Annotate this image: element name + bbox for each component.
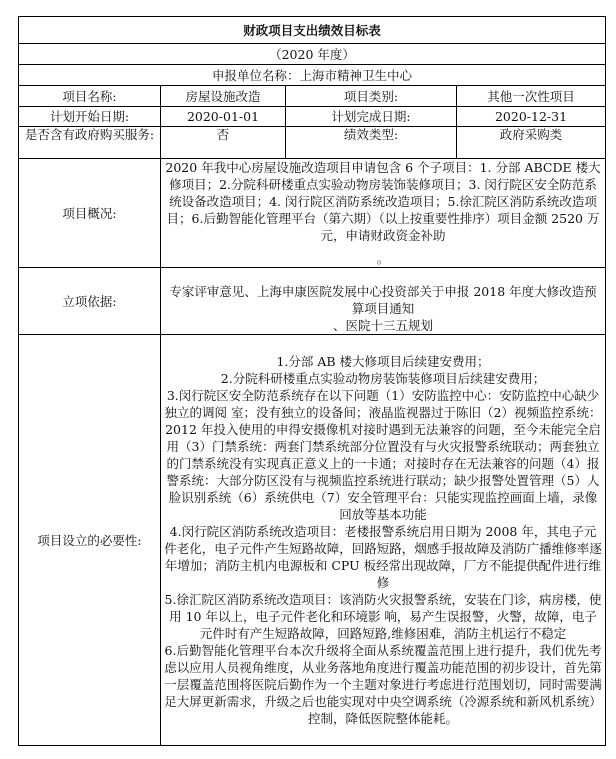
overview-body: 2020 年我中心房屋设施改造项目申请包含 6 个子项目：1. 分部 ABCDE…: [164, 159, 602, 244]
necessity-item-1: 1.分部 AB 楼大修项目后续建安费用；: [164, 353, 602, 370]
necessity-text: 1.分部 AB 楼大修项目后续建安费用； 2.分院科研楼重点实验动物房装饰装修项…: [161, 335, 606, 746]
basis-label: 立项依据:: [19, 268, 161, 335]
gov-purchase-value: 否: [161, 127, 286, 159]
project-name-value: 房屋设施改造: [161, 86, 286, 107]
overview-text: 2020 年我中心房屋设施改造项目申请包含 6 个子项目：1. 分部 ABCDE…: [161, 159, 606, 268]
fiscal-year: （2020 年度）: [19, 44, 606, 65]
perf-type-label: 绩效类型:: [286, 127, 457, 159]
start-date-label: 计划开始日期:: [19, 107, 161, 127]
overview-label: 项目概况:: [19, 159, 161, 268]
necessity-item-5: 5.徐汇院区消防系统改造项目：该消防火灾报警系统，安装在门诊，病房楼，使用 10…: [164, 591, 602, 642]
gov-purchase-label: 是否含有政府购买服务:: [19, 127, 161, 159]
overview-trailing: 。: [164, 250, 602, 267]
necessity-label: 项目设立的必要性:: [19, 335, 161, 746]
performance-target-table: 财政项目支出绩效目标表 （2020 年度） 申报单位名称：上海市精神卫生中心 项…: [18, 16, 606, 746]
necessity-item-2: 2.分院科研楼重点实验动物房装饰装修项目后续建安费用；: [164, 370, 602, 387]
end-date-value: 2020-12-31: [457, 107, 606, 127]
basis-line-1: 专家评审意见、上海申康医院发展中心投资部关于申报 2018 年度大修改造预算项目…: [164, 283, 602, 317]
project-name-label: 项目名称:: [19, 86, 161, 107]
end-date-label: 计划完成日期:: [286, 107, 457, 127]
applicant-unit: 申报单位名称：上海市精神卫生中心: [19, 65, 606, 86]
necessity-item-3: 3.闵行院区安全防范系统存在以下问题（1）安防监控中心：安防监控中心缺少独立的调…: [164, 387, 602, 523]
project-type-label: 项目类别:: [286, 86, 457, 107]
basis-line-2: 、医院十三五规划: [164, 317, 602, 334]
project-type-value: 其他一次性项目: [457, 86, 606, 107]
necessity-item-4: 4.闵行院区消防系统改造项目：老楼报警系统启用日期为 2008 年，其电子元件老…: [164, 523, 602, 591]
table-title: 财政项目支出绩效目标表: [19, 17, 606, 44]
basis-text: 专家评审意见、上海申康医院发展中心投资部关于申报 2018 年度大修改造预算项目…: [161, 268, 606, 335]
necessity-item-6: 6.后勤智能化管理平台本次升级将全面从系统覆盖范围上进行提升，我们优先考虑以应用…: [164, 642, 602, 727]
start-date-value: 2020-01-01: [161, 107, 286, 127]
perf-type-value: 政府采购类: [457, 127, 606, 159]
